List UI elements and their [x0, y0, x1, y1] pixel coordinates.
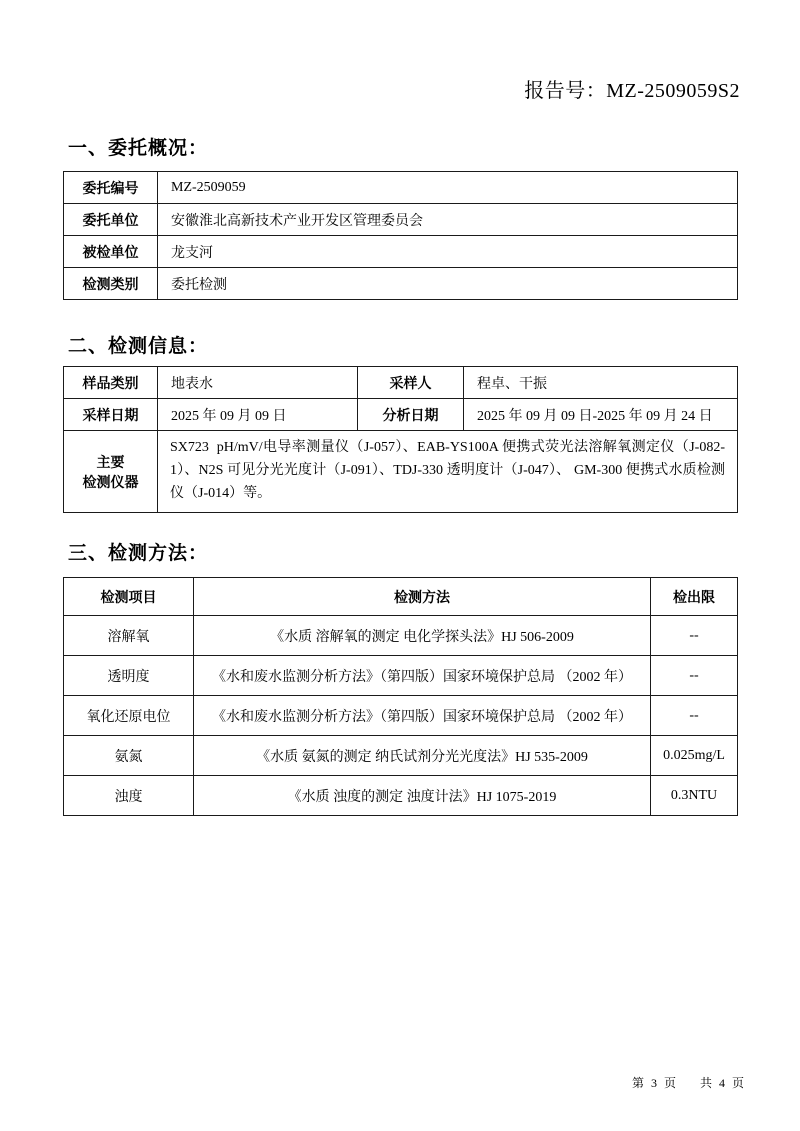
inspected-unit-value: 龙支河: [158, 236, 738, 268]
test-category-label: 检测类别: [64, 268, 158, 300]
detection-limit: --: [651, 616, 738, 656]
table-row: 浊度 《水质 浊度的测定 浊度计法》HJ 1075-2019 0.3NTU: [64, 776, 738, 816]
inspected-unit-label: 被检单位: [64, 236, 158, 268]
detection-limit: 0.3NTU: [651, 776, 738, 816]
commission-overview-table: 委托编号 MZ-2509059 委托单位 安徽淮北高新技术产业开发区管理委员会 …: [63, 171, 738, 300]
test-info-table: 样品类别 地表水 采样人 程卓、干振 采样日期 2025 年 09 月 09 日…: [63, 366, 738, 513]
current-page-label: 第 3 页: [632, 1076, 678, 1090]
table-row: 溶解氧 《水质 溶解氧的测定 电化学探头法》HJ 506-2009 --: [64, 616, 738, 656]
table-row: 透明度 《水和废水监测分析方法》（第四版）国家环境保护总局 （2002 年） -…: [64, 656, 738, 696]
analysis-date-value: 2025 年 09 月 09 日-2025 年 09 月 24 日: [464, 399, 738, 431]
test-methods-table: 检测项目 检测方法 检出限 溶解氧 《水质 溶解氧的测定 电化学探头法》HJ 5…: [63, 577, 738, 816]
sampling-date-value: 2025 年 09 月 09 日: [158, 399, 358, 431]
commission-no-value: MZ-2509059: [158, 172, 738, 204]
detection-limit: --: [651, 696, 738, 736]
report-page: 报告号：MZ-2509059S2 一、委托概况： 委托编号 MZ-2509059…: [0, 0, 800, 1131]
report-number: 报告号：MZ-2509059S2: [524, 74, 740, 103]
method-name: 《水质 氨氮的测定 纳氏试剂分光光度法》HJ 535-2009: [194, 736, 651, 776]
client-unit-value: 安徽淮北高新技术产业开发区管理委员会: [158, 204, 738, 236]
table-row: 主要 检测仪器 SX723 pH/mV/电导率测量仪（J-057）、EAB-YS…: [64, 431, 738, 513]
main-instruments-label-line2: 检测仪器: [64, 472, 157, 492]
table-header-row: 检测项目 检测方法 检出限: [64, 578, 738, 616]
item-name: 氧化还原电位: [64, 696, 194, 736]
main-instruments-label-line1: 主要: [64, 452, 157, 472]
table-row: 氧化还原电位 《水和废水监测分析方法》（第四版）国家环境保护总局 （2002 年…: [64, 696, 738, 736]
test-category-value: 委托检测: [158, 268, 738, 300]
total-pages-label: 共 4 页: [700, 1076, 746, 1090]
table-row: 样品类别 地表水 采样人 程卓、干振: [64, 367, 738, 399]
table-row: 被检单位 龙支河: [64, 236, 738, 268]
main-instruments-label: 主要 检测仪器: [64, 431, 158, 513]
sampler-value: 程卓、干振: [464, 367, 738, 399]
table-row: 委托编号 MZ-2509059: [64, 172, 738, 204]
main-instruments-value: SX723 pH/mV/电导率测量仪（J-057）、EAB-YS100A 便携式…: [158, 431, 738, 513]
item-name: 溶解氧: [64, 616, 194, 656]
method-name: 《水和废水监测分析方法》（第四版）国家环境保护总局 （2002 年）: [194, 656, 651, 696]
section1-heading: 一、委托概况：: [63, 133, 737, 160]
page-content: 一、委托概况： 委托编号 MZ-2509059 委托单位 安徽淮北高新技术产业开…: [0, 133, 800, 816]
sample-type-label: 样品类别: [64, 367, 158, 399]
table-row: 委托单位 安徽淮北高新技术产业开发区管理委员会: [64, 204, 738, 236]
sampler-label: 采样人: [358, 367, 464, 399]
method-name: 《水质 浊度的测定 浊度计法》HJ 1075-2019: [194, 776, 651, 816]
col-header-item: 检测项目: [64, 578, 194, 616]
table-row: 检测类别 委托检测: [64, 268, 738, 300]
detection-limit: 0.025mg/L: [651, 736, 738, 776]
col-header-method: 检测方法: [194, 578, 651, 616]
item-name: 浊度: [64, 776, 194, 816]
section2-heading: 二、检测信息：: [63, 331, 737, 358]
detection-limit: --: [651, 656, 738, 696]
table-row: 采样日期 2025 年 09 月 09 日 分析日期 2025 年 09 月 0…: [64, 399, 738, 431]
item-name: 氨氮: [64, 736, 194, 776]
page-footer: 第 3 页共 4 页: [632, 1074, 746, 1091]
analysis-date-label: 分析日期: [358, 399, 464, 431]
section3-heading: 三、检测方法：: [63, 538, 737, 565]
sample-type-value: 地表水: [158, 367, 358, 399]
client-unit-label: 委托单位: [64, 204, 158, 236]
col-header-limit: 检出限: [651, 578, 738, 616]
table-row: 氨氮 《水质 氨氮的测定 纳氏试剂分光光度法》HJ 535-2009 0.025…: [64, 736, 738, 776]
method-name: 《水和废水监测分析方法》（第四版）国家环境保护总局 （2002 年）: [194, 696, 651, 736]
item-name: 透明度: [64, 656, 194, 696]
sampling-date-label: 采样日期: [64, 399, 158, 431]
commission-no-label: 委托编号: [64, 172, 158, 204]
method-name: 《水质 溶解氧的测定 电化学探头法》HJ 506-2009: [194, 616, 651, 656]
